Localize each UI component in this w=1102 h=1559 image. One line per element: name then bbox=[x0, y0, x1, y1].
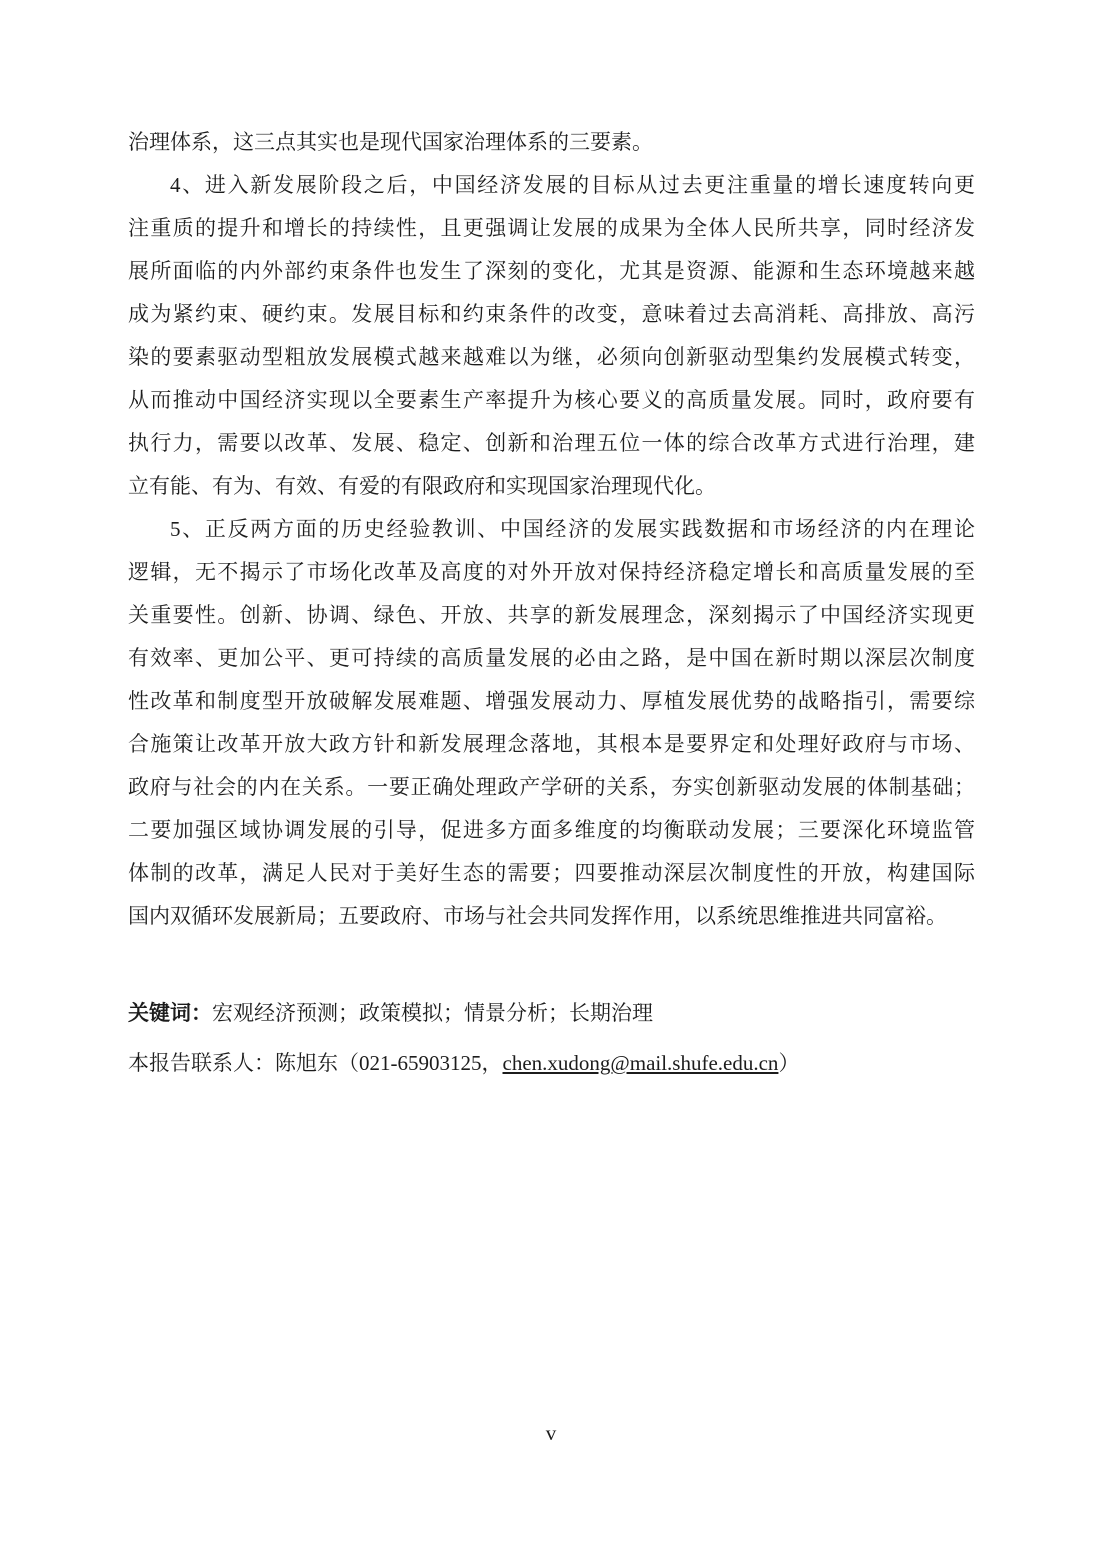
text-line: 注重质的提升和增长的持续性，且更强调让发展的成果为全体人民所共享，同时经济发 bbox=[128, 207, 975, 250]
text-line: 染的要素驱动型粗放发展模式越来越难以为继，必须向创新驱动型集约发展模式转变， bbox=[128, 336, 975, 379]
paragraph: 5、正反两方面的历史经验教训、中国经济的发展实践数据和市场经济的内在理论逻辑，无… bbox=[128, 508, 975, 938]
text-line: 4、进入新发展阶段之后，中国经济发展的目标从过去更注重量的增长速度转向更 bbox=[128, 164, 975, 207]
keywords-line: 关键词：宏观经济预测；政策模拟；情景分析；长期治理 bbox=[128, 988, 975, 1038]
text-line: 性改革和制度型开放破解发展难题、增强发展动力、厚植发展优势的战略指引，需要综 bbox=[128, 680, 975, 723]
page-number: v bbox=[0, 1420, 1102, 1446]
text-line: 二要加强区域协调发展的引导，促进多方面多维度的均衡联动发展；三要深化环境监管 bbox=[128, 809, 975, 852]
text-line: 政府与社会的内在关系。一要正确处理政产学研的关系，夯实创新驱动发展的体制基础； bbox=[128, 766, 975, 809]
text-line: 立有能、有为、有效、有爱的有限政府和实现国家治理现代化。 bbox=[128, 465, 975, 508]
body-text: 治理体系，这三点其实也是现代国家治理体系的三要素。4、进入新发展阶段之后，中国经… bbox=[128, 121, 975, 938]
text-line: 从而推动中国经济实现以全要素生产率提升为核心要义的高质量发展。同时，政府要有 bbox=[128, 379, 975, 422]
contact-email-link[interactable]: chen.xudong@mail.shufe.edu.cn bbox=[503, 1051, 779, 1075]
contact-line: 本报告联系人：陈旭东（021-65903125，chen.xudong@mail… bbox=[128, 1038, 975, 1088]
text-line: 治理体系，这三点其实也是现代国家治理体系的三要素。 bbox=[128, 121, 975, 164]
meta-block: 关键词：宏观经济预测；政策模拟；情景分析；长期治理 本报告联系人：陈旭东（021… bbox=[128, 988, 975, 1088]
text-line: 成为紧约束、硬约束。发展目标和约束条件的改变，意味着过去高消耗、高排放、高污 bbox=[128, 293, 975, 336]
text-line: 关重要性。创新、协调、绿色、开放、共享的新发展理念，深刻揭示了中国经济实现更 bbox=[128, 594, 975, 637]
paragraph: 治理体系，这三点其实也是现代国家治理体系的三要素。 bbox=[128, 121, 975, 164]
text-line: 5、正反两方面的历史经验教训、中国经济的发展实践数据和市场经济的内在理论 bbox=[128, 508, 975, 551]
text-line: 体制的改革，满足人民对于美好生态的需要；四要推动深层次制度性的开放，构建国际 bbox=[128, 852, 975, 895]
contact-prefix: 本报告联系人：陈旭东（021-65903125， bbox=[128, 1051, 503, 1075]
paragraph: 4、进入新发展阶段之后，中国经济发展的目标从过去更注重量的增长速度转向更注重质的… bbox=[128, 164, 975, 508]
keywords-text: 宏观经济预测；政策模拟；情景分析；长期治理 bbox=[212, 1001, 653, 1025]
text-line: 展所面临的内外部约束条件也发生了深刻的变化，尤其是资源、能源和生态环境越来越 bbox=[128, 250, 975, 293]
text-line: 执行力，需要以改革、发展、稳定、创新和治理五位一体的综合改革方式进行治理，建 bbox=[128, 422, 975, 465]
text-line: 国内双循环发展新局；五要政府、市场与社会共同发挥作用，以系统思维推进共同富裕。 bbox=[128, 895, 975, 938]
document-page: 治理体系，这三点其实也是现代国家治理体系的三要素。4、进入新发展阶段之后，中国经… bbox=[0, 0, 1102, 1559]
text-line: 有效率、更加公平、更可持续的高质量发展的必由之路，是中国在新时期以深层次制度 bbox=[128, 637, 975, 680]
text-line: 逻辑，无不揭示了市场化改革及高度的对外开放对保持经济稳定增长和高质量发展的至 bbox=[128, 551, 975, 594]
contact-suffix: ） bbox=[778, 1051, 799, 1075]
keywords-label: 关键词： bbox=[128, 1001, 212, 1025]
text-line: 合施策让改革开放大政方针和新发展理念落地，其根本是要界定和处理好政府与市场、 bbox=[128, 723, 975, 766]
